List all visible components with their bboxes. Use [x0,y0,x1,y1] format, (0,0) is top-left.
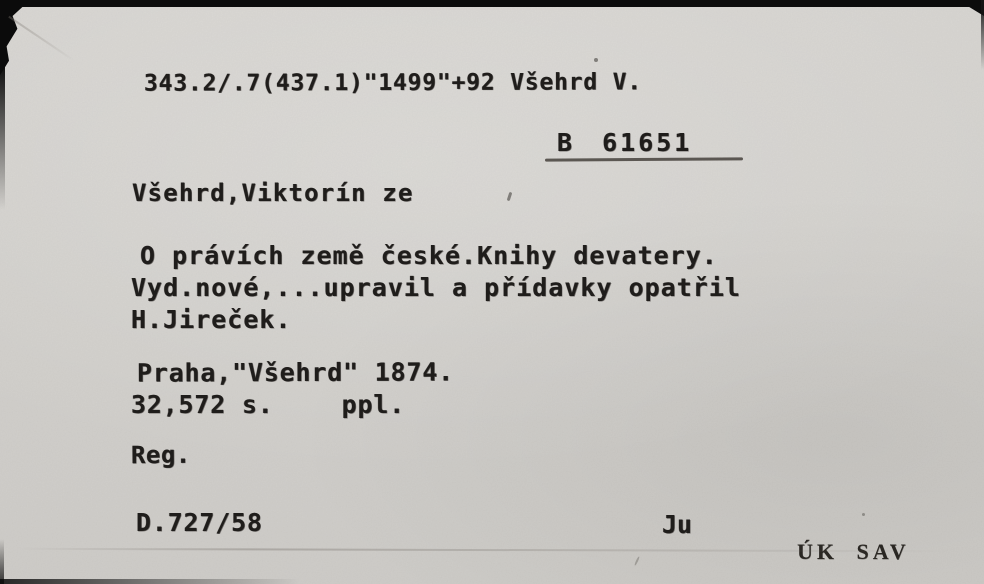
collation-line: 32,572 s.ppl. [131,390,405,419]
title-line-1: O právích země české.Knihy devatery. [140,241,718,270]
cataloger-mark: Ju [662,510,692,539]
binding: ppl. [342,390,405,419]
signature-number: B 61651 [557,128,692,157]
imprint: Praha,"Všehrd" 1874. [137,357,454,387]
register-note: Reg. [131,441,191,470]
title-line-3: H.Jireček. [131,305,292,334]
call-number: 343.2/.7(437.1)"1499"+92 Všehrd V. [144,69,642,96]
scanned-catalog-card: 343.2/.7(437.1)"1499"+92 Všehrd V. B 616… [0,0,984,584]
title-line-2: Vyd.nové,...upravil a přídavky opatřil [131,273,741,302]
library-stamp: ÚK SAV [797,539,910,565]
author-heading: Všehrd,Viktorín ze [132,179,414,207]
pagination: 32,572 s. [131,390,274,419]
accession-number: D.727/58 [136,508,263,537]
